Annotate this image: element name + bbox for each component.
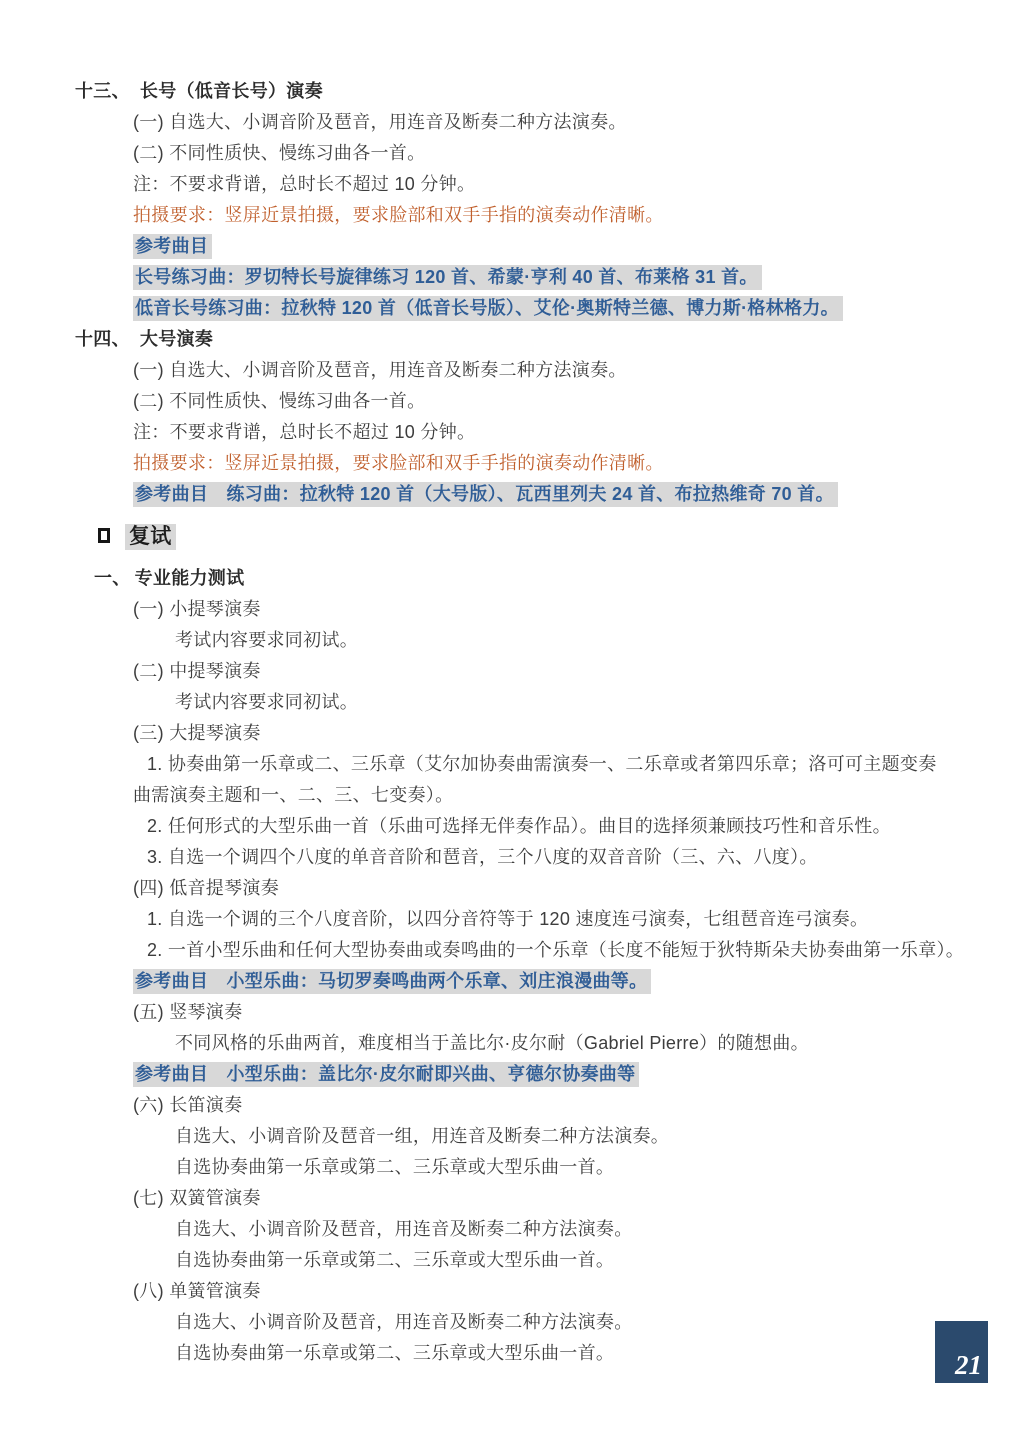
section-title: 长号（低音长号）演奏 bbox=[140, 81, 323, 101]
text-line: (六) 长笛演奏 bbox=[0, 1090, 1024, 1121]
square-bullet-icon bbox=[98, 528, 110, 543]
text-line: (五) 竖琴演奏 bbox=[0, 997, 1024, 1028]
text-line: 自选大、小调音阶及琶音，用连音及断奏二种方法演奏。 bbox=[0, 1307, 1024, 1338]
text-line: 参考曲目 练习曲：拉秋特 120 首（大号版）、瓦西里列夫 24 首、布拉热维奇… bbox=[0, 479, 1024, 510]
text-line: 自选大、小调音阶及琶音，用连音及断奏二种方法演奏。 bbox=[0, 1214, 1024, 1245]
text-line: 3. 自选一个调四个八度的单音音阶和琶音，三个八度的双音音阶（三、六、八度）。 bbox=[0, 842, 1024, 873]
text-line: 2. 一首小型乐曲和任何大型协奏曲或奏鸣曲的一个乐章（长度不能短于狄特斯朵夫协奏… bbox=[0, 935, 1024, 966]
text-line: 考试内容要求同初试。 bbox=[0, 687, 1024, 718]
text-line: 参考曲目 小型乐曲：盖比尔·皮尔耐即兴曲、亨德尔协奏曲等 bbox=[0, 1059, 1024, 1090]
text-line: (一) 小提琴演奏 bbox=[0, 594, 1024, 625]
section-heading: 十四、大号演奏 bbox=[0, 324, 1024, 355]
text-line: 参考曲目 小型乐曲：马切罗奏鸣曲两个乐章、刘庄浪漫曲等。 bbox=[0, 966, 1024, 997]
page-number: 21 bbox=[955, 1352, 982, 1379]
text-line: 自选协奏曲第一乐章或第二、三乐章或大型乐曲一首。 bbox=[0, 1338, 1024, 1369]
text-line: 自选大、小调音阶及琶音一组，用连音及断奏二种方法演奏。 bbox=[0, 1121, 1024, 1152]
highlighted-text: 参考曲目 练习曲：拉秋特 120 首（大号版）、瓦西里列夫 24 首、布拉热维奇… bbox=[133, 482, 838, 507]
text-line: 拍摄要求：竖屏近景拍摄，要求脸部和双手手指的演奏动作清晰。 bbox=[0, 200, 1024, 231]
highlighted-text: 参考曲目 bbox=[133, 234, 212, 259]
text-line: (二) 不同性质快、慢练习曲各一首。 bbox=[0, 386, 1024, 417]
text-line: 曲需演奏主题和一、二、三、七变奏）。 bbox=[0, 780, 1024, 811]
highlighted-text: 参考曲目 小型乐曲：盖比尔·皮尔耐即兴曲、亨德尔协奏曲等 bbox=[133, 1062, 639, 1087]
text-line: (三) 大提琴演奏 bbox=[0, 718, 1024, 749]
text-line: 拍摄要求：竖屏近景拍摄，要求脸部和双手手指的演奏动作清晰。 bbox=[0, 448, 1024, 479]
highlighted-text: 参考曲目 小型乐曲：马切罗奏鸣曲两个乐章、刘庄浪漫曲等。 bbox=[133, 969, 651, 994]
section-title: 大号演奏 bbox=[140, 329, 213, 349]
text-line: 自选协奏曲第一乐章或第二、三乐章或大型乐曲一首。 bbox=[0, 1245, 1024, 1276]
text-line: 1. 自选一个调的三个八度音阶，以四分音符等于 120 速度连弓演奏，七组琶音连… bbox=[0, 904, 1024, 935]
highlighted-text: 低音长号练习曲：拉秋特 120 首（低音长号版）、艾伦·奥斯特兰德、博力斯·格林… bbox=[133, 296, 843, 321]
checkbox-heading-label: 复试 bbox=[125, 524, 176, 550]
text-line: 不同风格的乐曲两首，难度相当于盖比尔·皮尔耐（Gabriel Pierre）的随… bbox=[0, 1028, 1024, 1059]
section-number: 十四、 bbox=[75, 329, 130, 349]
text-line: 注：不要求背谱，总时长不超过 10 分钟。 bbox=[0, 417, 1024, 448]
text-line: 注：不要求背谱，总时长不超过 10 分钟。 bbox=[0, 169, 1024, 200]
text-line: (八) 单簧管演奏 bbox=[0, 1276, 1024, 1307]
text-line: 参考曲目 bbox=[0, 231, 1024, 262]
text-line: 长号练习曲：罗切特长号旋律练习 120 首、希蒙·亨利 40 首、布莱格 31 … bbox=[0, 262, 1024, 293]
text-line: (七) 双簧管演奏 bbox=[0, 1183, 1024, 1214]
text-line: (二) 中提琴演奏 bbox=[0, 656, 1024, 687]
document-page: 十三、长号（低音长号）演奏(一) 自选大、小调音阶及琶音，用连音及断奏二种方法演… bbox=[0, 0, 1024, 1447]
section-number: 十三、 bbox=[75, 81, 130, 101]
text-line: 考试内容要求同初试。 bbox=[0, 625, 1024, 656]
section-heading: 十三、长号（低音长号）演奏 bbox=[0, 76, 1024, 107]
text-line: 自选协奏曲第一乐章或第二、三乐章或大型乐曲一首。 bbox=[0, 1152, 1024, 1183]
text-line: 1. 协奏曲第一乐章或二、三乐章（艾尔加协奏曲需演奏一、二乐章或者第四乐章；洛可… bbox=[0, 749, 1024, 780]
subsection-heading: 一、专业能力测试 bbox=[0, 563, 1024, 594]
page-number-badge: 21 bbox=[935, 1321, 988, 1383]
text-line: (一) 自选大、小调音阶及琶音，用连音及断奏二种方法演奏。 bbox=[0, 107, 1024, 138]
text-line: (二) 不同性质快、慢练习曲各一首。 bbox=[0, 138, 1024, 169]
text-line: 2. 任何形式的大型乐曲一首（乐曲可选择无伴奏作品）。曲目的选择须兼顾技巧性和音… bbox=[0, 811, 1024, 842]
checkbox-heading: 复试 bbox=[0, 520, 1024, 554]
text-line: 低音长号练习曲：拉秋特 120 首（低音长号版）、艾伦·奥斯特兰德、博力斯·格林… bbox=[0, 293, 1024, 324]
text-line: (一) 自选大、小调音阶及琶音，用连音及断奏二种方法演奏。 bbox=[0, 355, 1024, 386]
document-content: 十三、长号（低音长号）演奏(一) 自选大、小调音阶及琶音，用连音及断奏二种方法演… bbox=[0, 76, 1024, 1369]
text-line: (四) 低音提琴演奏 bbox=[0, 873, 1024, 904]
section-number: 一、 bbox=[94, 568, 131, 588]
highlighted-text: 长号练习曲：罗切特长号旋律练习 120 首、希蒙·亨利 40 首、布莱格 31 … bbox=[133, 265, 762, 290]
section-title: 专业能力测试 bbox=[135, 568, 245, 588]
